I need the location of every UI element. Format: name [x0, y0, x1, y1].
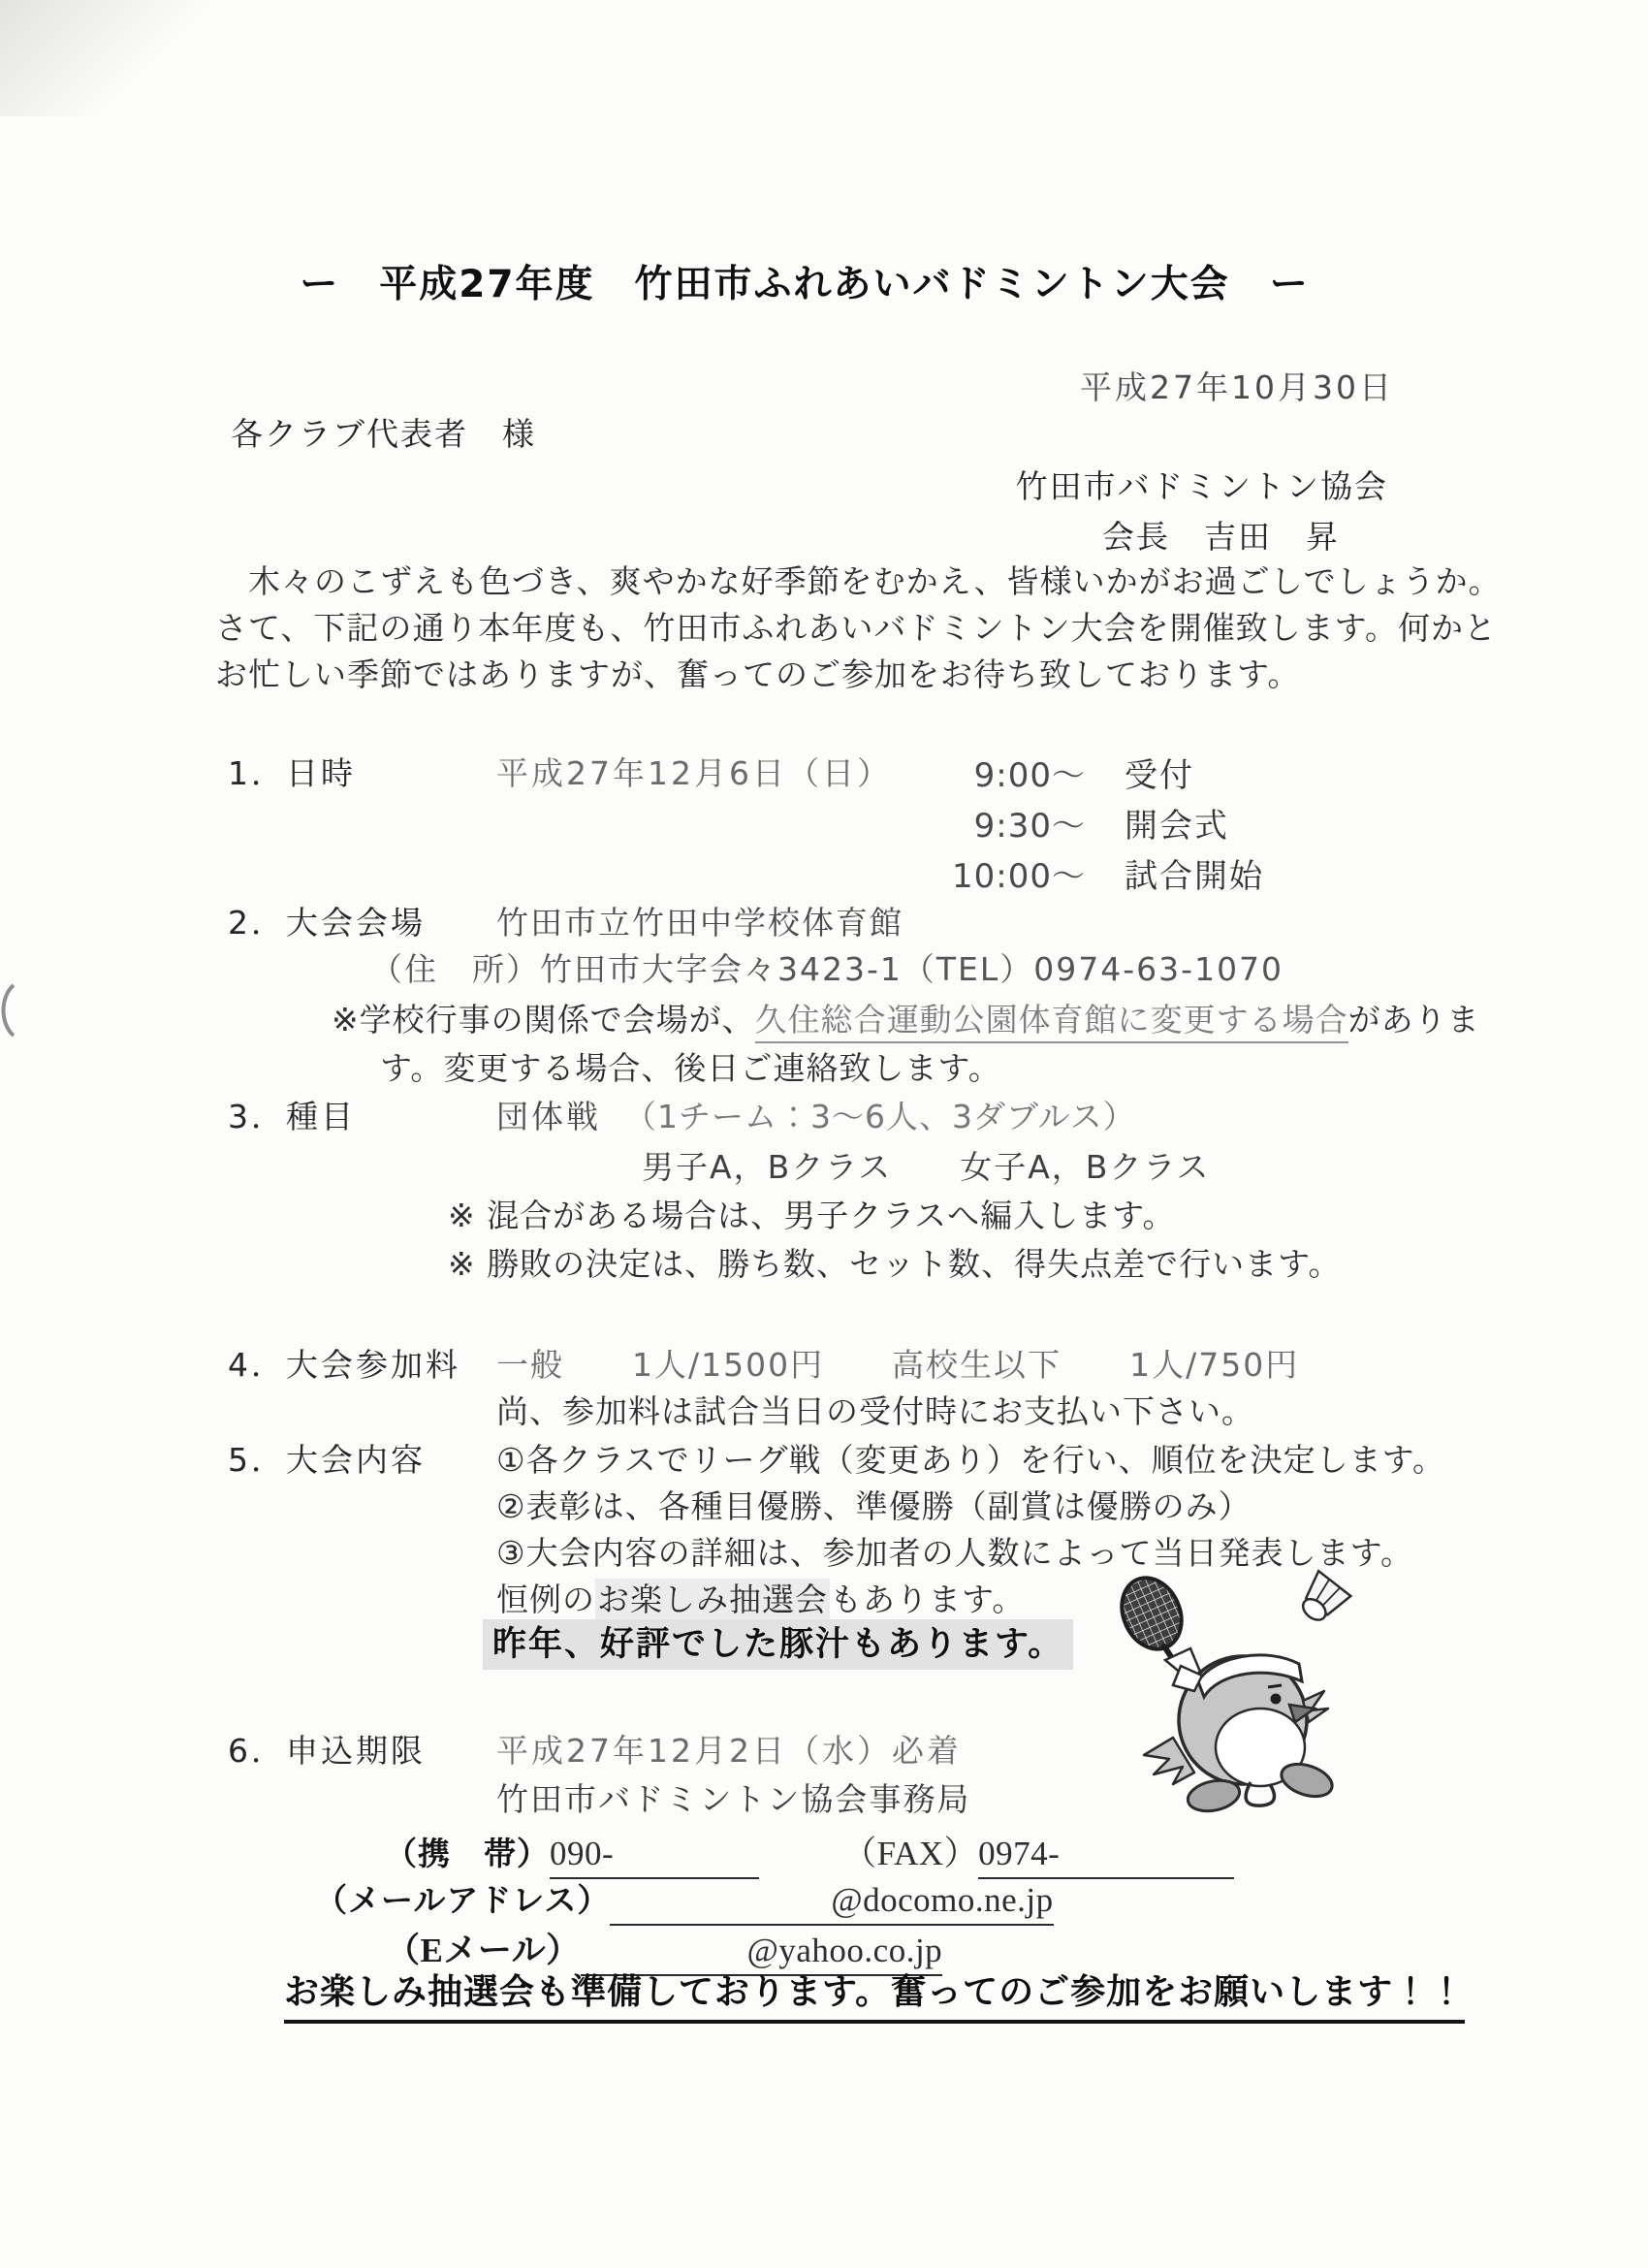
section-4-label: 4．大会参加料 [228, 1340, 460, 1386]
greeting-line: さて、下記の通り本年度も、竹田市ふれあいバドミントン大会を開催致します。何かと [215, 603, 1497, 649]
mail-label: （メールアドレス） [315, 1881, 610, 1919]
fax-number-field: 0974- [978, 1835, 1234, 1879]
scanned-letter-page: ー 平成27年度 竹田市ふれあいバドミントン大会 ー 平成27年10月30日 各… [0, 0, 1648, 2268]
mobile-fax-line: （携 帯）090-（FAX）0974- [385, 1827, 1234, 1879]
application-deadline: 平成27年12月2日（水）必着 [496, 1726, 962, 1772]
shuttlecock-icon [1293, 1571, 1351, 1629]
section-3-label: 3．種目 [228, 1092, 356, 1137]
event-type: 団体戦 [496, 1098, 601, 1135]
greeting-line: 木々のこずえも色づき、爽やかな好季節をむかえ、皆様いかがお過ごしでしょうか。 [215, 557, 1502, 602]
venue-change-underlined: 久住総合運動公園体育館に変更する場合 [755, 1001, 1348, 1043]
page-title: ー 平成27年度 竹田市ふれあいバドミントン大会 ー [0, 254, 1609, 308]
greeting-line: お忙しい季節ではありますが、奮ってのご参加をお待ち致しております。 [215, 650, 1300, 695]
bird-body [1144, 1648, 1336, 1815]
address-label: （住 所） [370, 950, 540, 988]
event-type-detail: （1チーム：3～6人、3ダブルス） [624, 1098, 1136, 1135]
mail-address-blank [610, 1909, 831, 1911]
schedule-event: 受付 [1125, 749, 1194, 796]
fax-number: 0974- [978, 1835, 1060, 1872]
mobile-label: （携 帯） [385, 1835, 550, 1872]
association-office: 竹田市バドミントン協会事務局 [496, 1774, 970, 1820]
venue-change-note: ※学校行事の関係で会場が、久住総合運動公園体育館に変更する場合がありま [332, 995, 1480, 1040]
section-1-label: 1．日時 [228, 749, 356, 794]
fee-note: 尚、参加料は試合当日の受付時にお支払い下さい。 [496, 1387, 1254, 1432]
footer-appeal: お楽しみ抽選会も準備しております。奮ってのご参加をお願いします！！ [284, 1965, 1465, 2014]
mobile-number-blank [614, 1863, 759, 1865]
event-classes: 男子A，Bクラス 女子A，Bクラス [642, 1142, 1210, 1188]
issue-date: 平成27年10月30日 [1080, 363, 1394, 408]
fees: 一般 1人/1500円 高校生以下 1人/750円 [496, 1340, 1299, 1386]
schedule-time: 9:00～ [921, 749, 1086, 796]
event-note-2: ※ 勝敗の決定は、勝ち数、セット数、得失点差で行います。 [448, 1239, 1342, 1285]
event-date: 平成27年12月6日（日） [496, 749, 892, 794]
mail-domain: @docomo.ne.jp [831, 1881, 1053, 1919]
section-2-label: 2．大会会場 [228, 898, 426, 943]
sender-organization: 竹田市バドミントン協会 [1016, 462, 1388, 507]
schedule-time: 10:00～ [921, 849, 1086, 897]
event-type-line: 団体戦（1チーム：3～6人、3ダブルス） [496, 1092, 1136, 1137]
schedule-time: 9:30～ [921, 799, 1086, 847]
pork-soup-note: 昨年、好評でした豚汁もあります。 [483, 1617, 1073, 1666]
address-value: 竹田市大字会々3423-1（TEL）0974-63-1070 [540, 950, 1284, 988]
venue-address-line: （住 所）竹田市大字会々3423-1（TEL）0974-63-1070 [370, 944, 1284, 990]
schedule-event: 試合開始 [1125, 849, 1264, 897]
mail-address-line: （メールアドレス）@docomo.ne.jp [315, 1875, 1054, 1926]
mail-address-field: @docomo.ne.jp [610, 1881, 1053, 1926]
badminton-bird-mascot [1105, 1563, 1367, 1815]
schedule-event: 開会式 [1125, 799, 1229, 847]
lottery-note: 恒例のお楽しみ抽選会もあります。 [496, 1575, 1025, 1620]
mobile-number: 090- [550, 1835, 614, 1872]
scan-artifact-mark [0, 981, 17, 1039]
venue-change-note-2: す。変更する場合、後日ご連絡致します。 [380, 1043, 1001, 1089]
sender-person: 会長 吉田 昇 [1102, 512, 1340, 558]
venue-name: 竹田市立竹田中学校体育館 [496, 898, 903, 943]
addressee: 各クラブ代表者 様 [231, 409, 536, 455]
event-note-1: ※ 混合がある場合は、男子クラスへ編入します。 [448, 1191, 1176, 1236]
content-item-2: ②表彰は、各種目優勝、準優勝（副賞は優勝のみ） [496, 1482, 1252, 1527]
email-blank [581, 1960, 747, 1962]
mobile-number-field: 090- [550, 1835, 759, 1879]
fax-number-blank [1060, 1863, 1234, 1865]
section-5-label: 5．大会内容 [228, 1435, 426, 1481]
section-6-label: 6．申込期限 [228, 1726, 426, 1772]
fax-label: （FAX） [842, 1835, 978, 1872]
scan-shadow-artifact [0, 0, 213, 116]
content-item-1: ①各クラスでリーグ戦（変更あり）を行い、順位を決定します。 [496, 1435, 1445, 1481]
